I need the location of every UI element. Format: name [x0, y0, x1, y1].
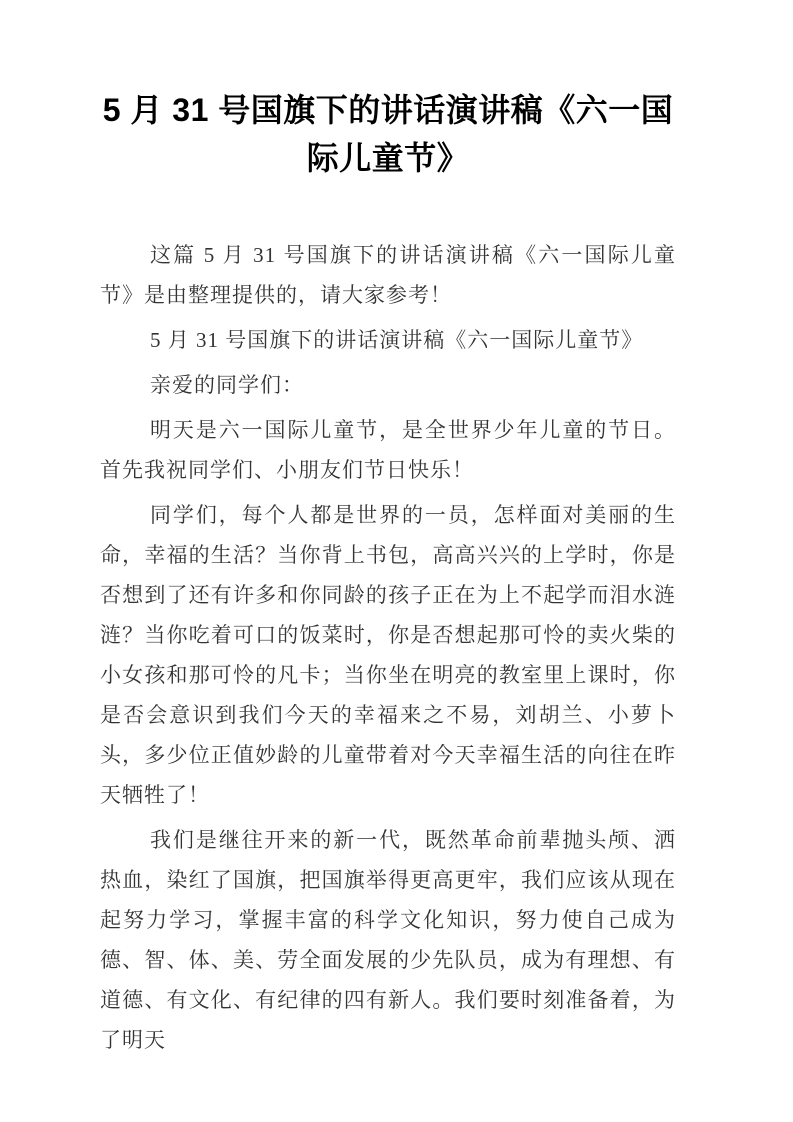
paragraph-greeting: 明天是六一国际儿童节，是全世界少年儿童的节日。首先我祝同学们、小朋友们节日快乐！ — [100, 410, 676, 490]
document-page: 5 月 31 号国旗下的讲话演讲稿《六一国际儿童节》 这篇 5 月 31 号国旗… — [0, 0, 793, 1122]
paragraph-salutation: 亲爱的同学们： — [100, 365, 676, 405]
paragraph-subtitle: 5 月 31 号国旗下的讲话演讲稿《六一国际儿童节》 — [100, 320, 676, 360]
paragraph-body-1: 同学们，每个人都是世界的一员，怎样面对美丽的生命，幸福的生活？当你背上书包，高高… — [100, 495, 676, 815]
paragraph-intro: 这篇 5 月 31 号国旗下的讲话演讲稿《六一国际儿童节》是由整理提供的，请大家… — [100, 235, 676, 315]
document-title: 5 月 31 号国旗下的讲话演讲稿《六一国际儿童节》 — [100, 86, 676, 182]
paragraph-body-2: 我们是继往开来的新一代，既然革命前辈抛头颅、洒热血，染红了国旗，把国旗举得更高更… — [100, 820, 676, 1060]
